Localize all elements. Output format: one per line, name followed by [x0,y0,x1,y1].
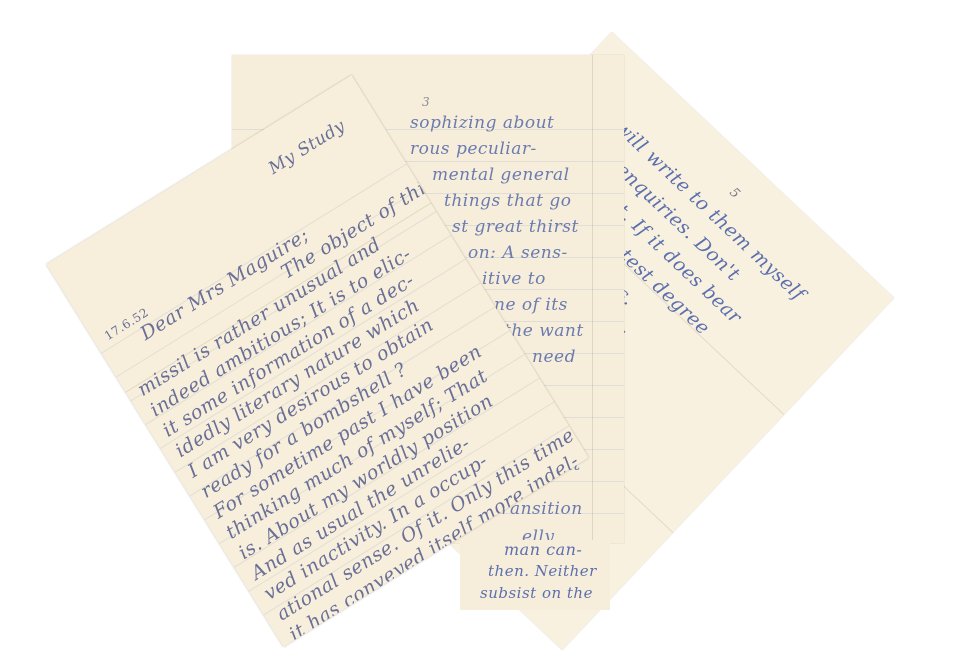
page-number: 5 [726,185,743,202]
letter-line: ne of its [494,295,568,315]
letter-line: things that go [444,191,571,211]
letter-line: subsist on the [480,584,593,602]
letter-line: need [532,347,576,367]
page-number: 3 [422,95,430,109]
letter-line: itive to [482,269,546,289]
letter-line: then. Neither [488,562,597,580]
letter-line: on: A sens- [468,243,568,263]
letter-line: the want [504,321,584,341]
letter-line: man can- [504,540,582,559]
letter-page-3-lower: man can- then. Neither subsist on the [460,540,610,610]
letter-line: sophizing about [410,113,554,133]
letter-line: st great thirst [452,217,579,237]
letter-line: mental general [432,165,570,185]
letter-line: rous peculiar- [410,139,537,159]
margin-line [592,55,593,543]
